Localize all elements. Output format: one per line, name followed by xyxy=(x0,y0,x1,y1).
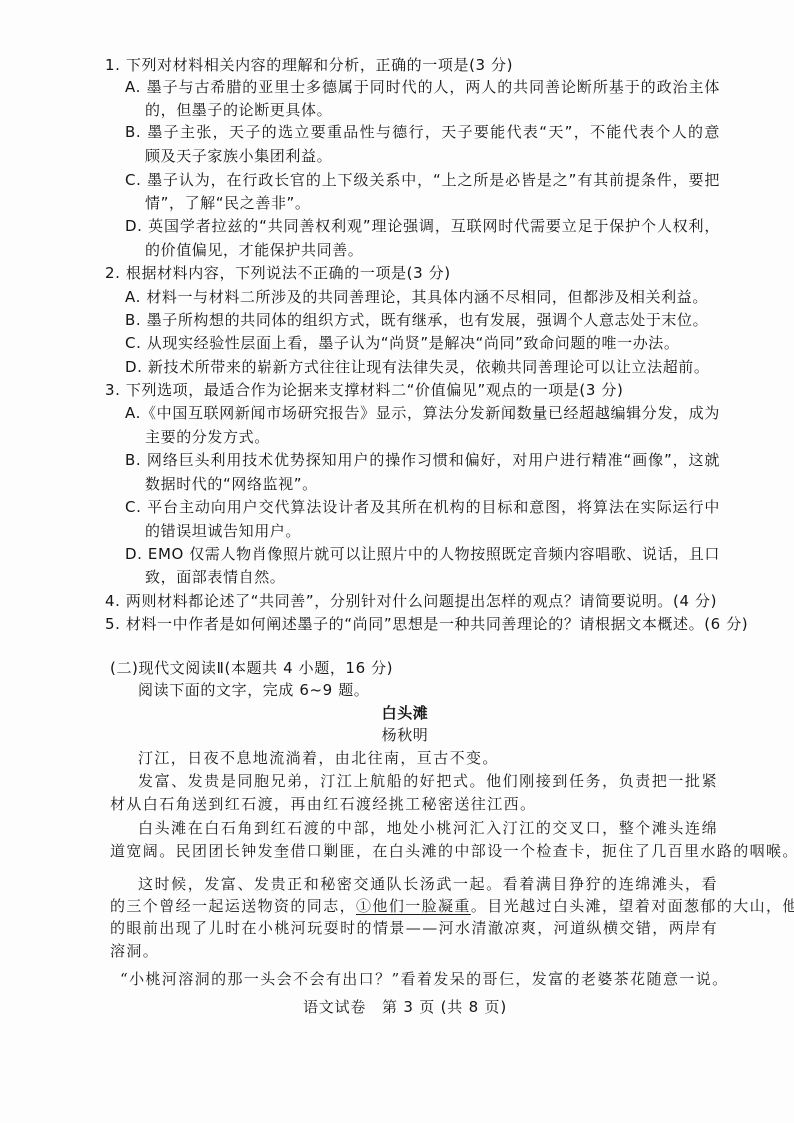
underlined-sentence-1: ①他们一脸凝重 xyxy=(356,897,471,915)
question-2-option-b: B. 墨子所构想的共同体的组织方式，既有继承，也有发展，强调个人意志处于末位。 xyxy=(125,309,708,331)
question-3-option-c-cont: 的错误坦诚告知用户。 xyxy=(145,520,301,542)
story-text: 的三个曾经一起运送物资的同志， xyxy=(110,897,356,915)
question-1-option-d: D. 英国学者拉兹的“共同善权利观”理论强调，互联网时代需要立足于保护个人权利，… xyxy=(125,215,720,237)
question-1-option-b-cont: 顾及天子家族小集团利益。 xyxy=(145,145,332,167)
question-1-option-a-cont: 的，但墨子的论断更具体。 xyxy=(145,99,332,121)
question-2-option-a: A. 材料一与材料二所涉及的共同善理论，其具体内涵不尽相同，但都涉及相关利益。 xyxy=(125,286,708,308)
story-paragraph-2: 发富、发贵是同胞兄弟，汀江上航船的好把式。他们刚接到任务，负责把一批紧缺的食盐和… xyxy=(138,770,718,792)
question-1-stem: 1. 下列对材料相关内容的理解和分析，正确的一项是(3 分) xyxy=(105,54,513,76)
story-paragraph-4: 这时候，发富、发贵正和秘密交通队长汤武一起。看着满目狰狞的连绵滩头，看着沙滩上绑… xyxy=(138,873,718,895)
question-3-option-c: C. 平台主动向用户交代算法设计者及其所在机构的目标和意图，将算法在实际运行中可… xyxy=(125,496,720,518)
question-1-option-c: C. 墨子认为，在行政长官的上下级关系中，“上之所是必皆是之”有其前提条件，要把… xyxy=(125,169,720,191)
question-3-option-a-cont: 主要的分发方式。 xyxy=(145,426,270,448)
question-3-option-b-cont: 数据时代的“网络监视”。 xyxy=(145,473,318,495)
question-1-option-d-cont: 的价值偏见，才能保护共同善。 xyxy=(145,239,363,261)
story-paragraph-3: 白头滩在白石角到红石渡的中部，地处小桃河汇入汀江的交叉口，整个滩头连绵一里有余，… xyxy=(138,817,718,839)
story-paragraph-4-line-4: 溶洞。 xyxy=(110,940,159,962)
question-2-stem: 2. 根据材料内容，下列说法不正确的一项是(3 分) xyxy=(105,262,451,284)
page-footer: 语文试卷 第 3 页 (共 8 页) xyxy=(0,996,794,1018)
question-3-option-b: B. 网络巨头利用技术优势探知用户的操作习惯和偏好，对用户进行精准“画像”，这就… xyxy=(125,449,720,471)
story-author: 杨秋明 xyxy=(0,724,794,746)
question-2-option-d: D. 新技术所带来的崭新方式往往让现有法律失灵，依赖共同善理论可以让立法超前。 xyxy=(125,356,710,378)
question-2-option-c: C. 从现实经验性层面上看，墨子认为“尚贤”是解决“尚同”致命问题的唯一办法。 xyxy=(125,332,680,354)
story-paragraph-2-cont: 材从白石角送到红石渡，再由红石渡经挑工秘密送往江西。 xyxy=(110,793,536,815)
section-instruction: 阅读下面的文字，完成 6~9 题。 xyxy=(138,679,369,701)
story-title: 白头滩 xyxy=(0,702,794,724)
question-3-option-d: D. EMO 仅需人物肖像照片就可以让照片中的人物按照既定音频内容唱歌、说话，且… xyxy=(125,543,720,565)
story-paragraph-5: “小桃河溶洞的那一头会不会有出口？”看着发呆的哥仨，发富的老婆茶花随意一说。 xyxy=(120,968,729,990)
question-1-option-b: B. 墨子主张，天子的选立要重品性与德行，天子要能代表“天”，不能代表个人的意志… xyxy=(125,121,720,143)
question-3-option-a: A.《中国互联网新闻市场研究报告》显示，算法分发新闻数量已经超越编辑分发，成为网… xyxy=(125,402,720,424)
story-paragraph-3-cont: 道宽阔。民团团长钟发奎借口剿匪，在白头滩的中部设一个检查卡，扼住了几百里水路的咽… xyxy=(110,840,794,862)
exam-page: 1. 下列对材料相关内容的理解和分析，正确的一项是(3 分) A. 墨子与古希腊… xyxy=(0,0,794,1123)
story-paragraph-1: 汀江，日夜不息地流淌着，由北往南，亘古不变。 xyxy=(138,747,499,769)
question-1-option-c-cont: 情”，了解“民之善非”。 xyxy=(145,192,311,214)
question-4-stem: 4. 两则材料都论述了“共同善”，分别针对什么问题提出怎样的观点？请简要说明。(… xyxy=(105,590,717,612)
story-text: 。目光越过白头滩，望着对面葱郁的大山，他们 xyxy=(471,897,794,915)
question-3-option-d-cont: 致，面部表情自然。 xyxy=(145,566,285,588)
question-3-stem: 3. 下列选项，最适合作为论据来支撑材料二“价值偏见”观点的一项是(3 分) xyxy=(105,379,623,401)
question-5-stem: 5. 材料一中作者是如何阐述墨子的“尚同”思想是一种共同善理论的？请根据文本概述… xyxy=(105,613,748,635)
question-1-option-a: A. 墨子与古希腊的亚里士多德属于同时代的人，两人的共同善论断所基于的政治主体是… xyxy=(125,76,720,98)
section-header: (二)现代文阅读Ⅱ(本题共 4 小题，16 分) xyxy=(110,657,393,679)
story-paragraph-4-line-2: 的三个曾经一起运送物资的同志，①他们一脸凝重。目光越过白头滩，望着对面葱郁的大山… xyxy=(110,895,794,917)
story-paragraph-4-line-3: 的眼前出现了儿时在小桃河玩耍时的情景——河水清澈凉爽，河道纵横交错，两岸有许许多… xyxy=(110,917,718,939)
